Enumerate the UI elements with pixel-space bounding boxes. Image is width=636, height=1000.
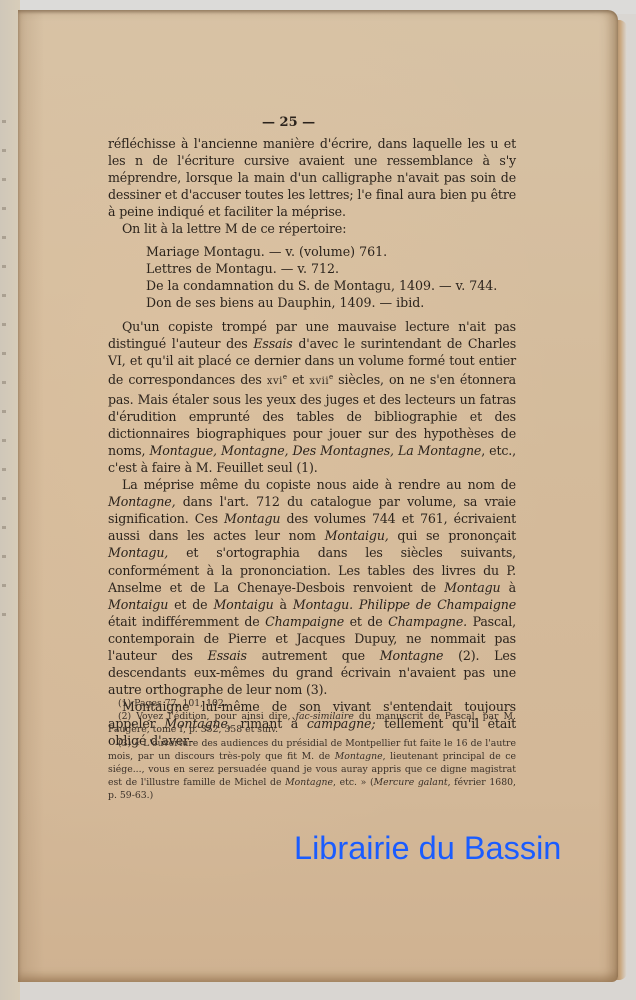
catalogue-entry: Lettres de Montagu. — v. 712. bbox=[146, 260, 497, 277]
paragraph-meprise: La méprise même du copiste nous aide à r… bbox=[108, 476, 516, 698]
spine-shadow bbox=[18, 10, 44, 982]
continuation-paragraph: réfléchisse à l'ancienne manière d'écrir… bbox=[108, 135, 516, 220]
catalogue-entry: De la condamnation du S. de Montagu, 140… bbox=[146, 277, 497, 294]
footnote-2: (2) Voyez l'édition, pour ainsi dire, fa… bbox=[108, 710, 516, 736]
facing-page-edge bbox=[0, 0, 20, 1000]
paragraph-copiste: Qu'un copiste trompé par une mauvaise le… bbox=[108, 318, 516, 476]
watermark: Librairie du Bassin bbox=[294, 830, 561, 867]
catalogue-entry: Mariage Montagu. — v. (volume) 761. bbox=[146, 243, 497, 260]
catalogue-entries: Mariage Montagu. — v. (volume) 761. Lett… bbox=[146, 243, 497, 311]
footnote-1: (1) Pages 77, 101, 102. bbox=[108, 697, 516, 710]
page-number: — 25 — bbox=[262, 115, 315, 130]
intro-line: On lit à la lettre M de ce répertoire: bbox=[108, 220, 516, 237]
footnotes: (1) Pages 77, 101, 102. (2) Voyez l'édit… bbox=[108, 697, 516, 803]
catalogue-entry: Don de ses biens au Dauphin, 1409. — ibi… bbox=[146, 294, 497, 311]
continuation-block: réfléchisse à l'ancienne manière d'écrir… bbox=[108, 135, 516, 238]
body-text: Qu'un copiste trompé par une mauvaise le… bbox=[108, 318, 516, 750]
footnote-3: (3) « L'ouverture des audiences du prési… bbox=[108, 737, 516, 803]
